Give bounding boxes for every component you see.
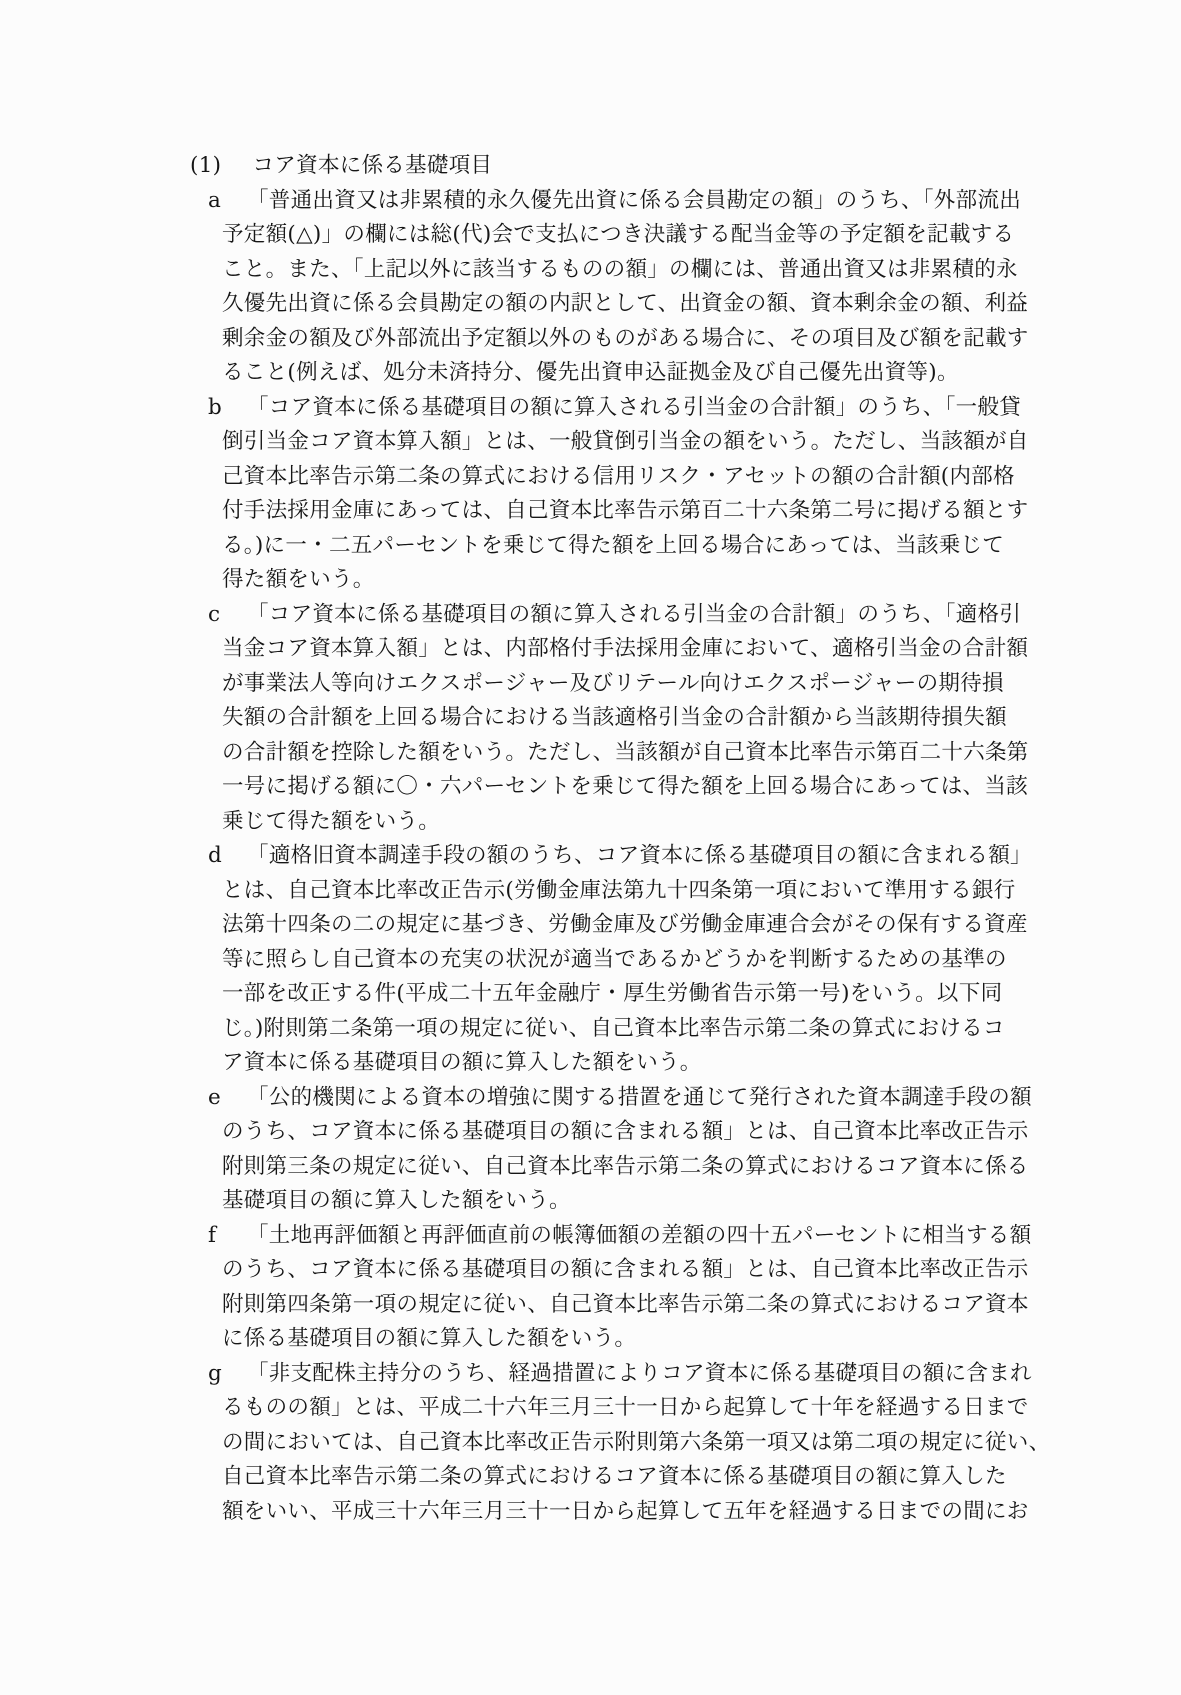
item-marker-c: c [208, 598, 220, 633]
text-line: 「土地再評価額と再評価直前の帳簿価額の差額の四十五パーセントに相当する額 [247, 1223, 1031, 1248]
list-item-a-line: a 「普通出資又は非累積的永久優先出資に係る会員勘定の額」のうち、「外部流出 [190, 184, 1070, 219]
list-item-g-line: 自己資本比率告示第二条の算式におけるコア資本に係る基礎項目の額に算入した [190, 1460, 1070, 1495]
list-item-c-line: 一号に掲げる額に〇・六パーセントを乗じて得た額を上回る場合にあっては、当該 [190, 770, 1070, 805]
list-item-e-line: 附則第三条の規定に従い、自己資本比率告示第二条の算式におけるコア資本に係る [190, 1150, 1070, 1185]
list-item-c-line: 乗じて得た額をいう。 [190, 805, 1070, 840]
list-item-b-line: 己資本比率告示第二条の算式における信用リスク・アセットの額の合計額(内部格 [190, 460, 1070, 495]
section-heading: (1) コア資本に係る基礎項目 [190, 149, 1070, 184]
text-line: 「コア資本に係る基礎項目の額に算入される引当金の合計額」のうち、「適格引 [247, 602, 1021, 627]
list-item-b-line: b 「コア資本に係る基礎項目の額に算入される引当金の合計額」のうち、「一般貸 [190, 391, 1070, 426]
document-content: (1) コア資本に係る基礎項目 a 「普通出資又は非累積的永久優先出資に係る会員… [190, 149, 1070, 1529]
list-item-c-line: が事業法人等向けエクスポージャー及びリテール向けエクスポージャーの期待損 [190, 667, 1070, 702]
list-item-f-line: 附則第四条第一項の規定に従い、自己資本比率告示第二条の算式におけるコア資本 [190, 1288, 1070, 1323]
list-item-a-line: 久優先出資に係る会員勘定の額の内訳として、出資金の額、資本剰余金の額、利益 [190, 287, 1070, 322]
list-item-g-line: 額をいい、平成三十六年三月三十一日から起算して五年を経過する日までの間にお [190, 1495, 1070, 1530]
list-item-c-line: 当金コア資本算入額」とは、内部格付手法採用金庫において、適格引当金の合計額 [190, 632, 1070, 667]
list-item-g-line: るものの額」とは、平成二十六年三月三十一日から起算して十年を経過する日まで [190, 1391, 1070, 1426]
list-item-d-line: 法第十四条の二の規定に基づき、労働金庫及び労働金庫連合会がその保有する資産 [190, 908, 1070, 943]
list-item-b-line: 得た額をいう。 [190, 563, 1070, 598]
list-item-b-line: る。)に一・二五パーセントを乗じて得た額を上回る場合にあっては、当該乗じて [190, 529, 1070, 564]
item-marker-e: e [208, 1081, 221, 1116]
list-item-c-line: c 「コア資本に係る基礎項目の額に算入される引当金の合計額」のうち、「適格引 [190, 598, 1070, 633]
list-item-g-line: g 「非支配株主持分のうち、経過措置によりコア資本に係る基礎項目の額に含まれ [190, 1357, 1070, 1392]
item-marker-d: d [208, 839, 222, 874]
list-item-a-line: こと。また、「上記以外に該当するものの額」の欄には、普通出資又は非累積的永 [190, 253, 1070, 288]
list-item-f-line: に係る基礎項目の額に算入した額をいう。 [190, 1322, 1070, 1357]
list-item-f-line: のうち、コア資本に係る基礎項目の額に含まれる額」とは、自己資本比率改正告示 [190, 1253, 1070, 1288]
list-item-d-line: d 「適格旧資本調達手段の額のうち、コア資本に係る基礎項目の額に含まれる額」 [190, 839, 1070, 874]
text-line: 「適格旧資本調達手段の額のうち、コア資本に係る基礎項目の額に含まれる額」 [247, 843, 1032, 868]
text-line: 「非支配株主持分のうち、経過措置によりコア資本に係る基礎項目の額に含まれ [247, 1361, 1032, 1386]
text-line: 「公的機関による資本の増強に関する措置を通じて発行された資本調達手段の額 [247, 1085, 1032, 1110]
list-item-a-line: 剰余金の額及び外部流出予定額以外のものがある場合に、その項目及び額を記載す [190, 322, 1070, 357]
list-item-a-line: ること(例えば、処分未済持分、優先出資申込証拠金及び自己優先出資等)。 [190, 356, 1070, 391]
section-number: (1) [190, 149, 221, 184]
document-page: (1) コア資本に係る基礎項目 a 「普通出資又は非累積的永久優先出資に係る会員… [0, 0, 1181, 1695]
list-item-c-line: の合計額を控除した額をいう。ただし、当該額が自己資本比率告示第百二十六条第 [190, 736, 1070, 771]
list-item-c-line: 失額の合計額を上回る場合における当該適格引当金の合計額から当該期待損失額 [190, 701, 1070, 736]
list-item-g-line: の間においては、自己資本比率改正告示附則第六条第一項又は第二項の規定に従い、 [190, 1426, 1070, 1461]
list-item-b-line: 倒引当金コア資本算入額」とは、一般貸倒引当金の額をいう。ただし、当該額が自 [190, 425, 1070, 460]
item-marker-f: f [208, 1219, 216, 1254]
list-item-e-line: 基礎項目の額に算入した額をいう。 [190, 1184, 1070, 1219]
list-item-d-line: とは、自己資本比率改正告示(労働金庫法第九十四条第一項において準用する銀行 [190, 874, 1070, 909]
list-item-b-line: 付手法採用金庫にあっては、自己資本比率告示第百二十六条第二号に掲げる額とす [190, 494, 1070, 529]
list-item-d-line: じ。)附則第二条第一項の規定に従い、自己資本比率告示第二条の算式におけるコ [190, 1012, 1070, 1047]
list-item-e-line: e 「公的機関による資本の増強に関する措置を通じて発行された資本調達手段の額 [190, 1081, 1070, 1116]
item-marker-b: b [208, 391, 222, 426]
item-marker-g: g [208, 1357, 222, 1392]
item-marker-a: a [208, 184, 221, 219]
text-line: 「コア資本に係る基礎項目の額に算入される引当金の合計額」のうち、「一般貸 [247, 395, 1021, 420]
list-item-e-line: のうち、コア資本に係る基礎項目の額に含まれる額」とは、自己資本比率改正告示 [190, 1115, 1070, 1150]
section-title: コア資本に係る基礎項目 [253, 149, 493, 184]
list-item-a-line: 予定額(△)」の欄には総(代)会で支払につき決議する配当金等の予定額を記載する [190, 218, 1070, 253]
text-line: 「普通出資又は非累積的永久優先出資に係る会員勘定の額」のうち、「外部流出 [247, 188, 1021, 213]
list-item-d-line: ア資本に係る基礎項目の額に算入した額をいう。 [190, 1046, 1070, 1081]
list-item-f-line: f 「土地再評価額と再評価直前の帳簿価額の差額の四十五パーセントに相当する額 [190, 1219, 1070, 1254]
list-item-d-line: 一部を改正する件(平成二十五年金融庁・厚生労働省告示第一号)をいう。以下同 [190, 977, 1070, 1012]
list-item-d-line: 等に照らし自己資本の充実の状況が適当であるかどうかを判断するための基準の [190, 943, 1070, 978]
